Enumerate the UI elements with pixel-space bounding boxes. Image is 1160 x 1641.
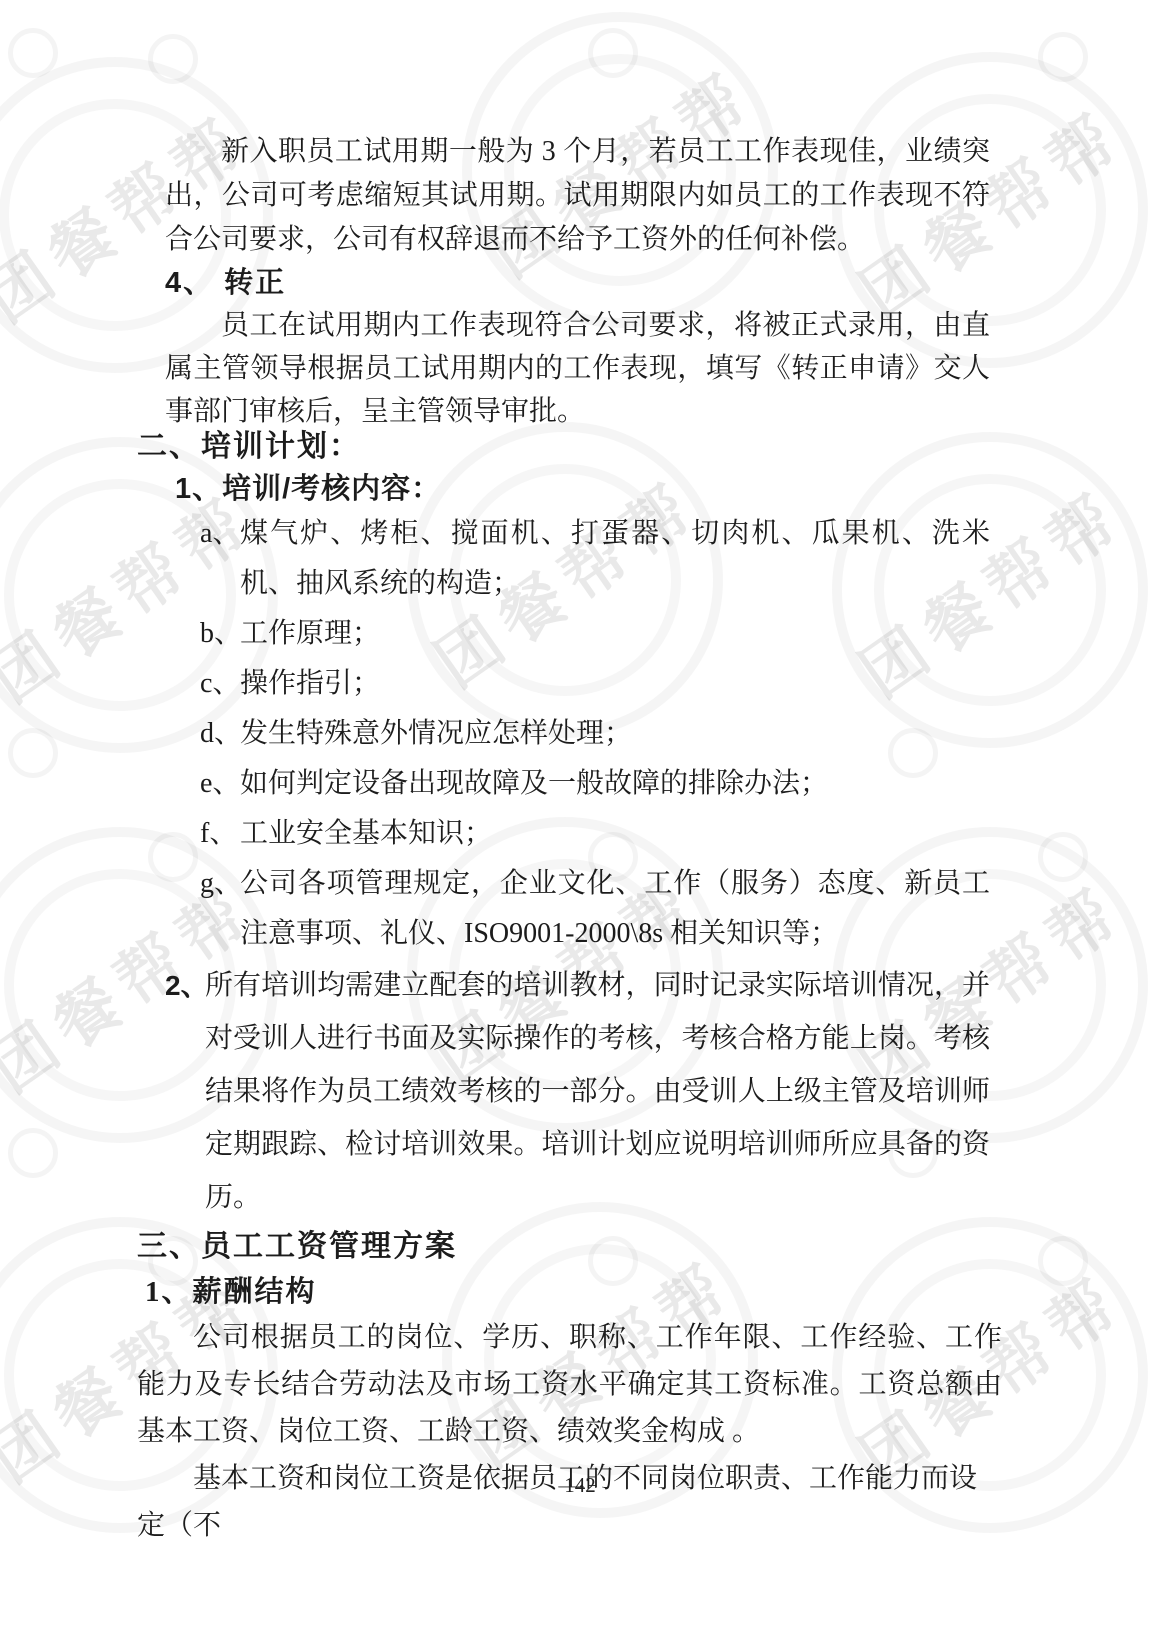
paragraph-probation: 新入职员工试用期一般为 3 个月，若员工工作表现佳，业绩突出，公司可考虑缩短其试… (165, 130, 990, 262)
document-page: 新入职员工试用期一般为 3 个月，若员工工作表现佳，业绩突出，公司可考虑缩短其试… (0, 0, 1160, 1549)
list-item-text: 工业安全基本知识； (240, 818, 492, 849)
paragraph-salary-structure: 公司根据员工的岗位、学历、职称、工作年限、工作经验、工作能力及专长结合劳动法及市… (137, 1314, 1002, 1455)
paragraph-regularization: 员工在试用期内工作表现符合公司要求，将被正式录用，由直属主管领导根据员工试用期内… (165, 304, 990, 433)
heading-salary-structure: 1、薪酬结构 (145, 1270, 990, 1314)
list-item-text: 公司各项管理规定，企业文化、工作（服务）态度、新员工注意事项、礼仪、ISO900… (240, 868, 990, 949)
list-item-marker: c、 (200, 659, 240, 709)
list-item: c、操作指引； (165, 659, 990, 709)
list-item-text: 煤气炉、烤柜、搅面机、打蛋器、切肉机、瓜果机、洗米机、抽风系统的构造； (240, 518, 990, 599)
page-number: 142 (0, 1473, 1160, 1498)
list-item-text: 所有培训均需建立配套的培训教材，同时记录实际培训情况，并对受训人进行书面及实际操… (205, 970, 990, 1213)
list-item-marker: b、 (200, 609, 242, 659)
list-item: a、煤气炉、烤柜、搅面机、打蛋器、切肉机、瓜果机、洗米机、抽风系统的构造； (165, 509, 990, 609)
training-item-list: a、煤气炉、烤柜、搅面机、打蛋器、切肉机、瓜果机、洗米机、抽风系统的构造； b、… (165, 509, 990, 959)
list-item-text: 操作指引； (240, 668, 380, 699)
list-item-text: 发生特殊意外情况应怎样处理； (240, 718, 632, 749)
list-item-marker: d、 (200, 709, 242, 759)
list-item: g、公司各项管理规定，企业文化、工作（服务）态度、新员工注意事项、礼仪、ISO9… (165, 859, 990, 959)
list-item-marker: e、 (200, 759, 240, 809)
list-item: d、发生特殊意外情况应怎样处理； (165, 709, 990, 759)
list-item-marker: a、 (200, 509, 240, 559)
paragraph-training-note: 2、所有培训均需建立配套的培训教材，同时记录实际培训情况，并对受训人进行书面及实… (165, 959, 990, 1224)
list-item: f、工业安全基本知识； (165, 809, 990, 859)
list-item-text: 如何判定设备出现故障及一般故障的排除办法； (240, 768, 828, 799)
list-item-text: 工作原理； (240, 618, 380, 649)
list-item-marker: f、 (200, 809, 237, 859)
list-item-marker: 2、 (165, 959, 209, 1012)
list-item-marker: g、 (200, 859, 242, 909)
heading-training-content: 1、培训/考核内容： (175, 469, 990, 509)
heading-regularization: 4、 转正 (165, 262, 990, 304)
paragraph-salary-basic: 基本工资和岗位工资是依据员工的不同岗位职责、工作能力而设定（不 (137, 1455, 1002, 1549)
list-item: e、如何判定设备出现故障及一般故障的排除办法； (165, 759, 990, 809)
heading-salary-plan: 三、员工工资管理方案 (137, 1224, 990, 1270)
list-item: b、工作原理； (165, 609, 990, 659)
